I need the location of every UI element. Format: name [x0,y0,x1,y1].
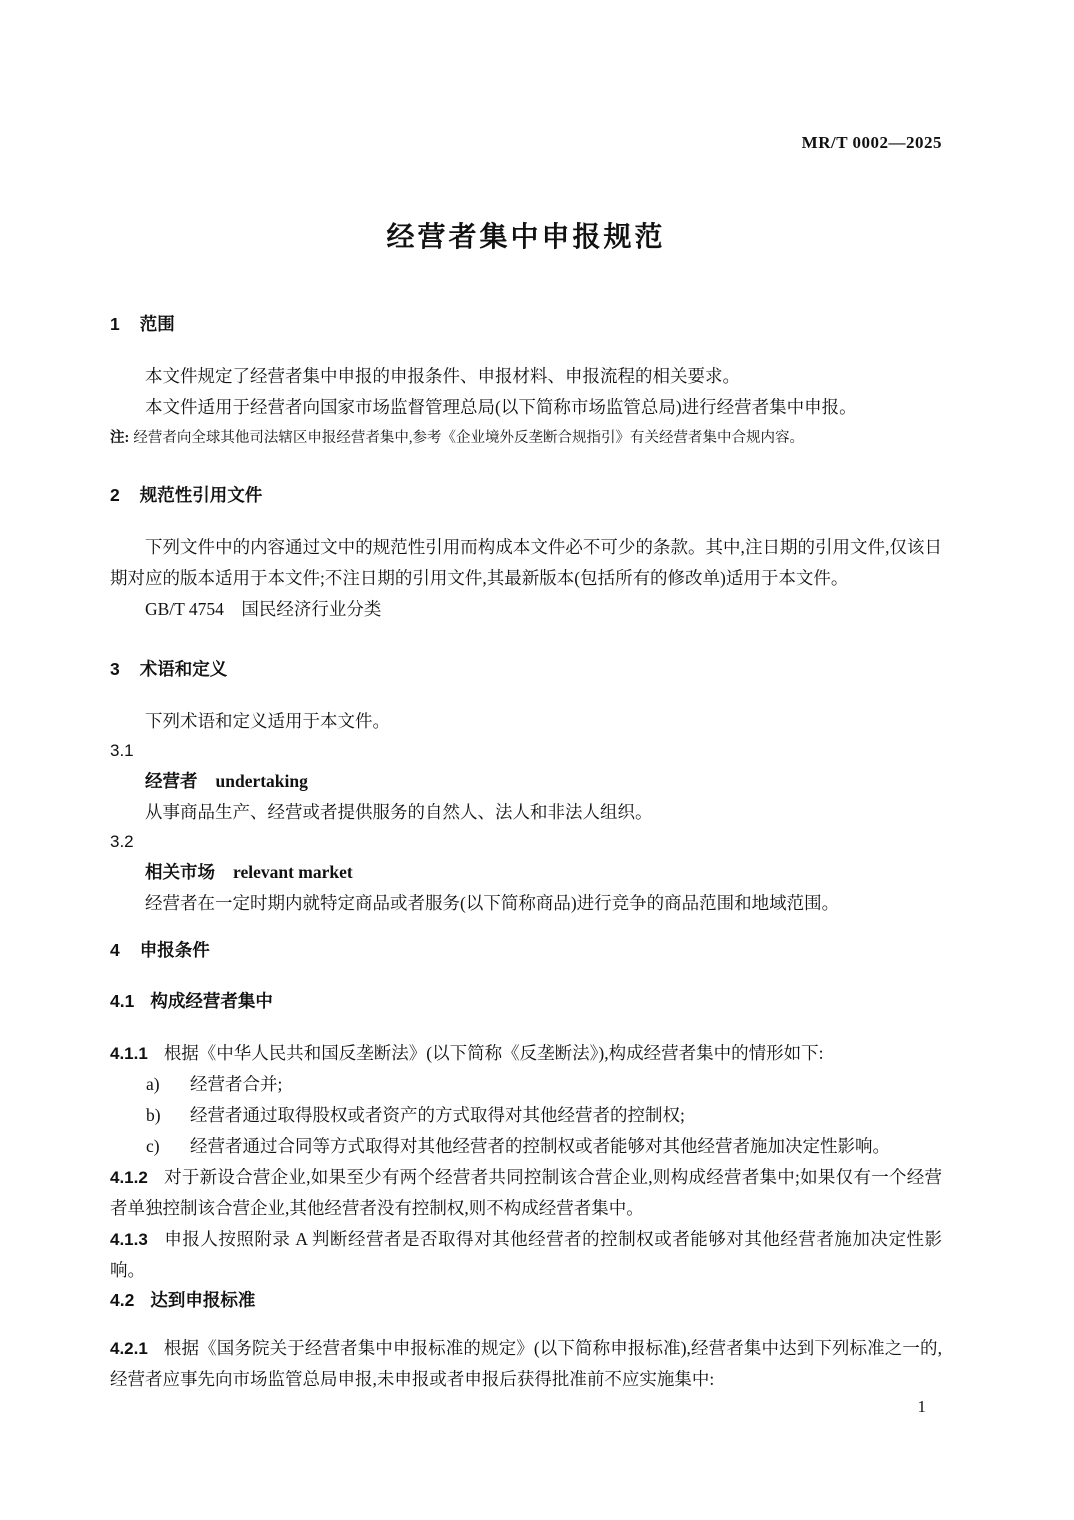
section-title: 范围 [140,315,175,335]
term-definition: 从事商品生产、经营或者提供服务的自然人、法人和非法人组织。 [110,797,942,827]
list-item-c: c)经营者通过合同等方式取得对其他经营者的控制权或者能够对其他经营者施加决定性影… [110,1131,942,1162]
section-title: 术语和定义 [140,660,228,680]
term-chinese: 相关市场 [145,863,215,883]
section-1-heading: 1范围 [110,314,942,335]
list-item-b: b)经营者通过取得股权或者资产的方式取得对其他经营者的控制权; [110,1100,942,1131]
subsection-number: 4.2 [110,1290,134,1310]
terms-and-definitions: 下列术语和定义适用于本文件。 3.1 经营者undertaking 从事商品生产… [110,706,942,918]
section-number: 3 [110,659,120,679]
note-paragraph: 注:经营者向全球其他司法辖区申报经营者集中,参考《企业境外反垄断合规指引》有关经… [110,425,942,451]
list-item-label: c) [146,1131,160,1162]
clause-4-1-2: 4.1.2对于新设合营企业,如果至少有两个经营者共同控制该合营企业,则构成经营者… [110,1162,942,1224]
section-title: 申报条件 [140,941,210,961]
normative-reference: GB/T 4754 国民经济行业分类 [110,594,942,625]
document-title: 经营者集中申报规范 [110,217,942,257]
subsection-number: 4.1 [110,991,134,1011]
clause-text: 申报人按照附录 A 判断经营者是否取得对其他经营者的控制权或者能够对其他经营者施… [110,1229,942,1280]
section-title: 规范性引用文件 [140,486,263,506]
list-item-label: b) [146,1100,161,1131]
list-item-label: a) [146,1069,160,1100]
term-number: 3.2 [110,827,942,857]
clause-number: 4.1.1 [110,1044,148,1063]
list-item-text: 经营者合并; [190,1074,282,1094]
clause-4-2-1: 4.2.1根据《国务院关于经营者集中申报标准的规定》(以下简称申报标准),经营者… [110,1333,942,1395]
paragraph: 下列术语和定义适用于本文件。 [110,706,942,736]
section-number: 2 [110,485,120,505]
paragraph: 本文件规定了经营者集中申报的申报条件、申报材料、申报流程的相关要求。 [110,361,942,392]
term-entry: 相关市场relevant market [110,857,942,888]
section-4-heading: 4申报条件 [110,940,942,961]
term-chinese: 经营者 [145,772,198,792]
term-definition: 经营者在一定时期内就特定商品或者服务(以下简称商品)进行竞争的商品范围和地域范围… [110,888,942,918]
clause-number: 4.1.2 [110,1168,148,1187]
subsection-title: 达到申报标准 [150,1291,255,1311]
clause-text: 根据《国务院关于经营者集中申报标准的规定》(以下简称申报标准),经营者集中达到下… [110,1338,942,1389]
subsection-4-1-heading: 4.1构成经营者集中 [110,991,942,1012]
page-number: 1 [918,1396,927,1418]
note-text: 经营者向全球其他司法辖区申报经营者集中,参考《企业境外反垄断合规指引》有关经营者… [133,430,804,446]
section-2-heading: 2规范性引用文件 [110,485,942,506]
paragraph: 下列文件中的内容通过文中的规范性引用而构成本文件必不可少的条款。其中,注日期的引… [110,532,942,594]
clause-4-1-3: 4.1.3申报人按照附录 A 判断经营者是否取得对其他经营者的控制权或者能够对其… [110,1224,942,1286]
term-number: 3.1 [110,736,942,766]
list-item-text: 经营者通过合同等方式取得对其他经营者的控制权或者能够对其他经营者施加决定性影响。 [190,1136,890,1156]
clause-4-1-1: 4.1.1根据《中华人民共和国反垄断法》(以下简称《反垄断法》),构成经营者集中… [110,1038,942,1069]
section-3-heading: 3术语和定义 [110,659,942,680]
paragraph: 本文件适用于经营者向国家市场监督管理总局(以下简称市场监管总局)进行经营者集中申… [110,392,942,423]
section-number: 1 [110,314,120,334]
list-item-text: 经营者通过取得股权或者资产的方式取得对其他经营者的控制权; [190,1105,685,1125]
clause-number: 4.1.3 [110,1230,148,1249]
clause-number: 4.2.1 [110,1339,148,1358]
subsection-4-2-heading: 4.2达到申报标准 [110,1290,942,1311]
note-label: 注: [110,430,129,446]
term-english: undertaking [216,771,308,791]
list-item-a: a)经营者合并; [110,1069,942,1100]
section-number: 4 [110,940,120,960]
term-entry: 经营者undertaking [110,766,942,797]
subsection-title: 构成经营者集中 [150,992,273,1012]
clause-text: 根据《中华人民共和国反垄断法》(以下简称《反垄断法》),构成经营者集中的情形如下… [164,1043,824,1063]
clause-text: 对于新设合营企业,如果至少有两个经营者共同控制该合营企业,则构成经营者集中;如果… [110,1167,942,1218]
standard-number: MR/T 0002—2025 [110,133,942,153]
document-page: MR/T 0002—2025 经营者集中申报规范 1范围 本文件规定了经营者集中… [0,0,1074,1520]
term-english: relevant market [233,862,353,882]
